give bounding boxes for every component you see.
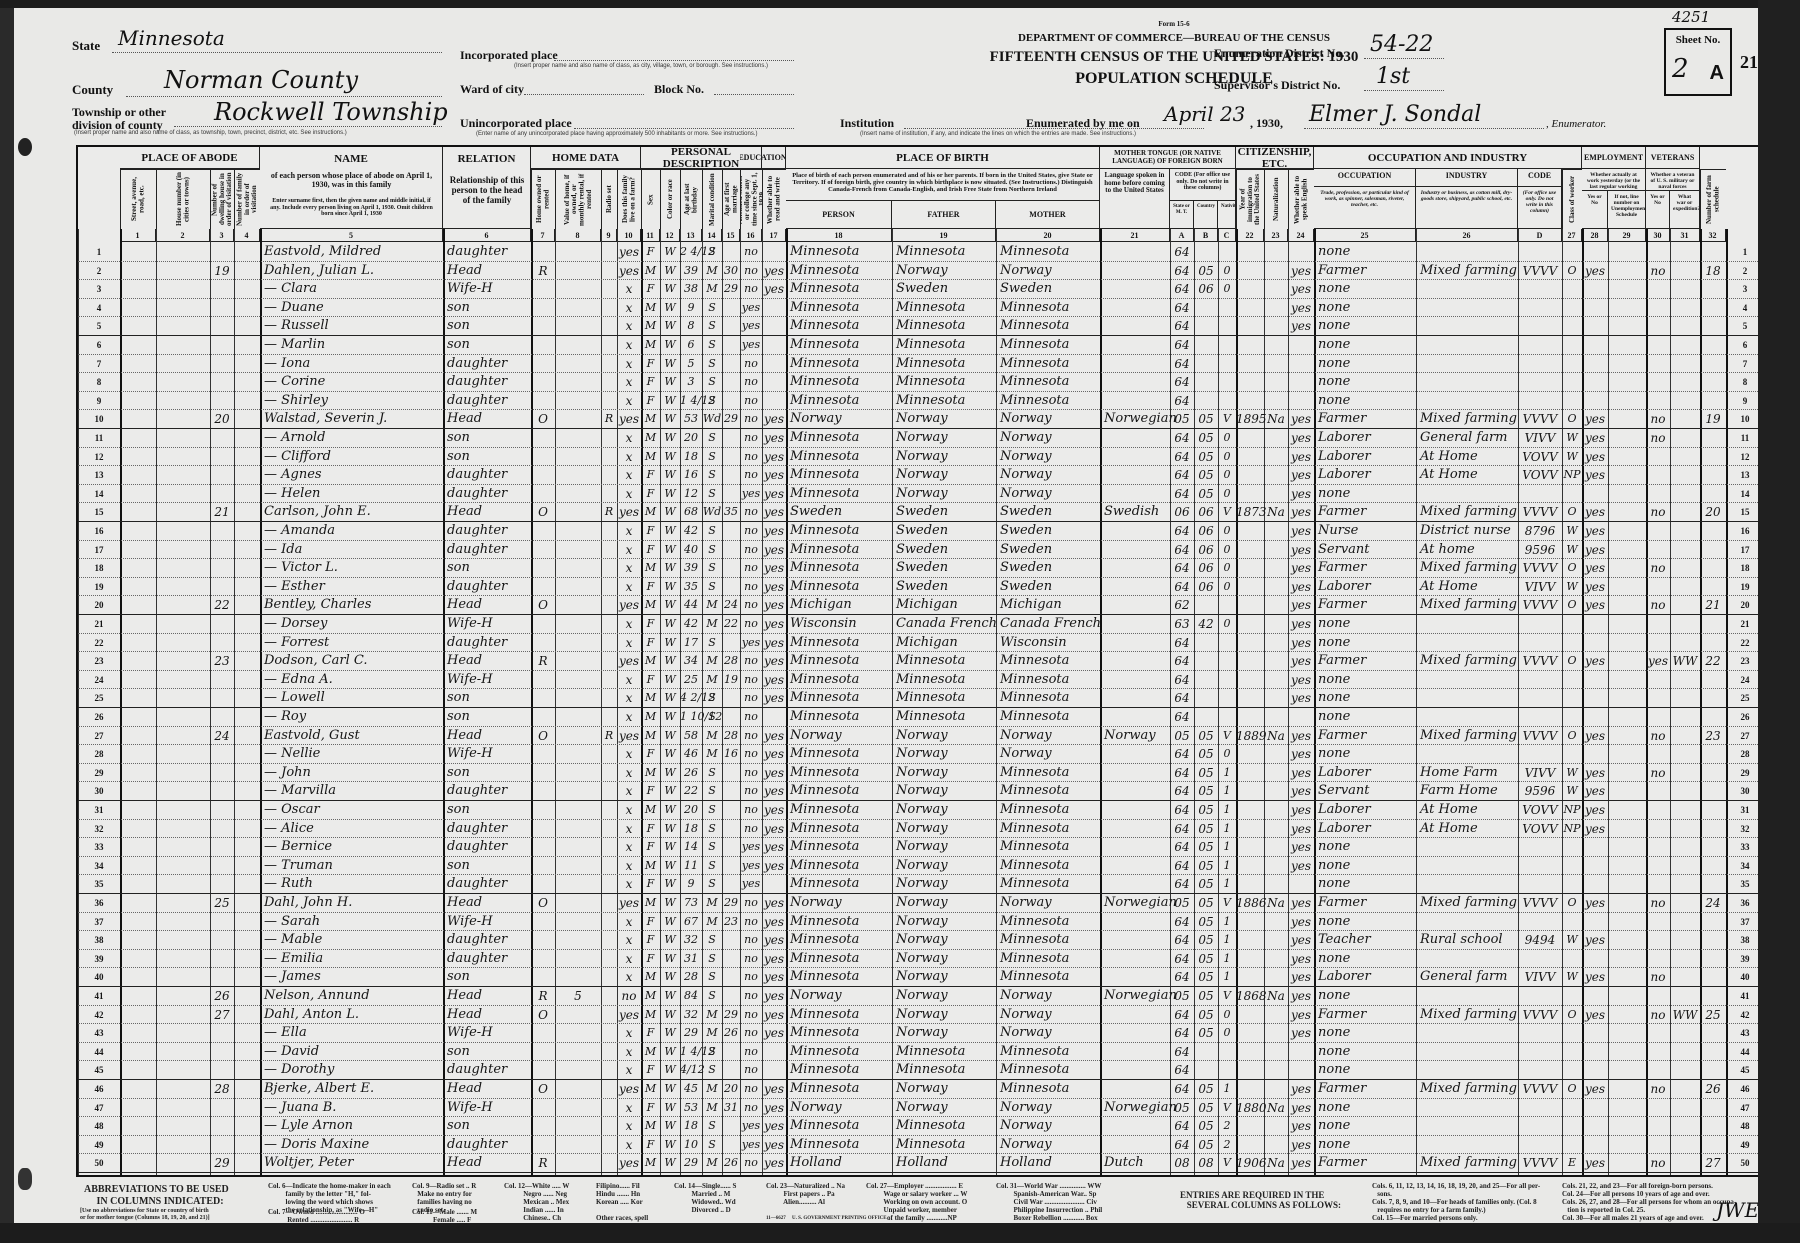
cell-farm: x — [617, 913, 641, 932]
cell-english: yes — [1288, 968, 1314, 987]
cell-race: W — [660, 1024, 680, 1043]
table-row[interactable]: 7— IonadaughterxFW5SnoMinnesotaMinnesota… — [78, 355, 1764, 374]
incorporated-place-label: Incorporated place — [460, 48, 558, 63]
binder-hole-icon — [18, 1168, 32, 1190]
cell-mother-pob: Minnesota — [996, 671, 1069, 690]
cell-owned: O — [531, 1006, 555, 1025]
column-number: 11 — [641, 229, 660, 242]
cell-age: 9 — [680, 299, 702, 318]
table-row[interactable]: 35— RuthdaughterxFW9SyesMinnesotaNorwayM… — [78, 875, 1764, 894]
table-row[interactable]: 24— Edna A.Wife-HxFW25M19noyesMinnesotaM… — [78, 671, 1764, 690]
township-label: Township or other division of county — [72, 106, 182, 132]
column-number: 3 — [210, 229, 234, 242]
printer-line: 11—6627 U. S. GOVERNMENT PRINTING OFFICE — [766, 1216, 887, 1222]
column-header-c7: Home owned or rented — [531, 169, 555, 229]
cell-age: 6 — [680, 336, 702, 355]
cell-occupation: Farmer — [1314, 727, 1366, 746]
cell-class: W — [1562, 968, 1582, 987]
cell-age: 3 — [680, 373, 702, 392]
cell-marital: S — [702, 708, 722, 727]
table-row[interactable]: 30— MarvilladaughterxFW22SnoyesMinnesota… — [78, 782, 1764, 801]
cell-codeA: 63 — [1170, 615, 1194, 634]
cell-race: W — [660, 801, 680, 820]
cell-relation: son — [443, 801, 470, 820]
cell-pob: Minnesota — [786, 801, 859, 820]
abbreviations-footer: ABBREVIATIONS TO BE USED IN COLUMNS INDI… — [76, 1180, 1766, 1228]
cell-school: no — [740, 448, 762, 467]
cell-farm: x — [617, 355, 641, 374]
cell-first-marr: 28 — [722, 727, 740, 746]
cell-mother-pob: Minnesota — [996, 968, 1069, 987]
cell-mother-pob: Minnesota — [996, 875, 1069, 894]
cell-sex: M — [641, 857, 660, 876]
table-row[interactable]: 1521Carlson, John E.HeadORyesMW68Wd35noy… — [78, 503, 1764, 522]
table-row[interactable]: 4227Dahl, Anton L.HeadOyesMW32M29noyesMi… — [78, 1006, 1764, 1025]
scan-right-edge — [1758, 0, 1800, 1243]
table-row[interactable]: 34— TrumansonxMW11SyesyesMinnesotaNorway… — [78, 857, 1764, 876]
cell-farm: x — [617, 801, 641, 820]
cell-school: no — [740, 243, 762, 262]
cell-codeA: 64 — [1170, 578, 1194, 597]
cell-age: 40 — [680, 541, 702, 560]
cell-dwelling: 24 — [210, 727, 234, 746]
table-row[interactable]: 25— LowellsonxMW4 2/12SnoyesMinnesotaMin… — [78, 689, 1764, 708]
cell-sex: F — [641, 931, 660, 950]
supervisor-district-value: 1st — [1376, 64, 1410, 89]
cell-marital: Wd — [702, 410, 722, 429]
cell-race: W — [660, 485, 680, 504]
cell-farm: x — [617, 615, 641, 634]
column-header-c2: House number (in cities or towns) — [156, 169, 210, 229]
cell-codeA: 64 — [1170, 838, 1194, 857]
cell-sex: M — [641, 894, 660, 913]
cell-name: — Agnes — [260, 466, 322, 485]
cell-farm: x — [617, 1024, 641, 1043]
cell-occupation: none — [1314, 913, 1350, 932]
cell-line: 13 — [78, 466, 120, 485]
cell-relation: daughter — [443, 1061, 507, 1080]
cell-age: 17 — [680, 634, 702, 653]
table-row[interactable]: 8— CorinedaughterxFW3SnoMinnesotaMinneso… — [78, 373, 1764, 392]
cell-read: yes — [762, 745, 786, 764]
cell-farm: x — [617, 1136, 641, 1155]
table-row[interactable]: 31— OscarsonxMW20SnoyesMinnesotaNorwayMi… — [78, 801, 1764, 820]
cell-first-marr: 29 — [722, 1006, 740, 1025]
cell-industry: Mixed farming — [1416, 596, 1517, 615]
cell-race: W — [660, 1061, 680, 1080]
cell-relation: son — [443, 1117, 470, 1136]
cell-father-pob: Norway — [892, 875, 948, 894]
cell-mother-pob: Norway — [996, 429, 1052, 448]
table-row[interactable]: 5029Woltjer, PeterHeadRyesMW29M26noyesHo… — [78, 1154, 1764, 1173]
cell-work: yes — [1582, 596, 1608, 615]
cell-name: — Helen — [260, 485, 320, 504]
cell-age: 38 — [680, 280, 702, 299]
enumerator-label: , Enumerator. — [1546, 118, 1606, 130]
cell-line: 33 — [78, 838, 120, 857]
cell-line: 42 — [78, 1006, 120, 1025]
cell-line: 49 — [78, 1136, 120, 1155]
table-row[interactable]: 48— Lyle ArnonsonxMW18SyesyesMinnesotaMi… — [78, 1117, 1764, 1136]
column-header-c21: Language spoken in home before coming to… — [1100, 169, 1170, 229]
table-row[interactable]: 38— MabledaughterxFW32SnoyesMinnesotaNor… — [78, 931, 1764, 950]
cell-read: yes — [762, 503, 786, 522]
cell-pob: Minnesota — [786, 745, 859, 764]
cell-codeA: 64 — [1170, 950, 1194, 969]
cell-father-pob: Norway — [892, 1024, 948, 1043]
cell-name: — Victor L. — [260, 559, 338, 578]
cell-read: yes — [762, 820, 786, 839]
cell-age: 4/12 — [680, 1061, 702, 1080]
cell-race: W — [660, 727, 680, 746]
cell-relation: Head — [443, 262, 482, 281]
cell-age: 20 — [680, 429, 702, 448]
cell-read: yes — [762, 262, 786, 281]
cell-farm: x — [617, 429, 641, 448]
table-row[interactable]: 32— AlicedaughterxFW18SnoyesMinnesotaNor… — [78, 820, 1764, 839]
column-number: 13 — [680, 229, 702, 242]
cell-codeD: VOVV — [1518, 466, 1562, 485]
cell-codeB: 05 — [1194, 448, 1218, 467]
table-row[interactable]: 49— Doris MaxinedaughterxFW10SyesyesMinn… — [78, 1136, 1764, 1155]
cell-name: Carlson, John E. — [260, 503, 371, 522]
table-row[interactable]: 4— DuanesonxMW9SyesMinnesotaMinnesotaMin… — [78, 299, 1764, 318]
cell-codeB: 05 — [1194, 968, 1218, 987]
cell-school: no — [740, 410, 762, 429]
table-row[interactable]: 2022Bentley, CharlesHeadOyesMW44M24noyes… — [78, 596, 1764, 615]
cell-codeC: 0 — [1218, 541, 1236, 560]
cell-work: yes — [1582, 466, 1608, 485]
cell-occupation: Farmer — [1314, 596, 1366, 615]
cell-pob: Norway — [786, 987, 842, 1006]
cell-read: yes — [762, 466, 786, 485]
table-row[interactable]: 33— BernicedaughterxFW14SyesyesMinnesota… — [78, 838, 1764, 857]
cell-tongue: Norwegian — [1100, 987, 1177, 1006]
cell-class: NP — [1562, 801, 1582, 820]
cell-mother-pob: Minnesota — [996, 317, 1069, 336]
block-label: Block No. — [654, 82, 704, 97]
cell-occupation: none — [1314, 634, 1350, 653]
cell-line: 28 — [78, 745, 120, 764]
cell-read: yes — [762, 1080, 786, 1099]
cell-work: yes — [1582, 727, 1608, 746]
table-row[interactable]: 44— DavidsonxMW1 4/12SnoMinnesotaMinneso… — [78, 1043, 1764, 1062]
cell-codeA: 64 — [1170, 634, 1194, 653]
cell-relation: daughter — [443, 875, 507, 894]
cell-mother-pob: Minnesota — [996, 689, 1069, 708]
cell-school: no — [740, 727, 762, 746]
cell-tongue: Norwegian — [1100, 1099, 1177, 1118]
table-row[interactable]: 21— DorseyWife-HxFW42M22noyesWisconsinCa… — [78, 615, 1764, 634]
cell-natur: Na — [1264, 1154, 1288, 1173]
cell-occupation: Laborer — [1314, 801, 1371, 820]
cell-codeD: VVVV — [1518, 410, 1562, 429]
cell-mother-pob: Sweden — [996, 522, 1052, 541]
cell-read: yes — [762, 1117, 786, 1136]
cell-school: no — [740, 1080, 762, 1099]
table-row[interactable]: 28— NellieWife-HxFW46M16noyesMinnesotaNo… — [78, 745, 1764, 764]
cell-age: 10 — [680, 1136, 702, 1155]
township-note: (Insert proper name and also name of cla… — [74, 130, 347, 136]
binder-hole-icon — [18, 138, 32, 156]
cell-occupation: Laborer — [1314, 429, 1371, 448]
cell-pob: Minnesota — [786, 1117, 859, 1136]
table-row[interactable]: 6— MarlinsonxMW6SyesMinnesotaMinnesotaMi… — [78, 336, 1764, 355]
cell-occupation: none — [1314, 689, 1350, 708]
cell-race: W — [660, 838, 680, 857]
cell-age: 18 — [680, 820, 702, 839]
cell-race: W — [660, 968, 680, 987]
table-row[interactable]: 1Eastvold, MildreddaughteryesFW2 4/12Sno… — [78, 243, 1764, 262]
cell-codeA: 06 — [1170, 503, 1194, 522]
table-row[interactable]: 5— RussellsonxMW8SyesMinnesotaMinnesotaM… — [78, 317, 1764, 336]
cell-first-marr: 22 — [722, 615, 740, 634]
cell-farm-sched: 19 — [1700, 410, 1726, 429]
cell-marital: M — [702, 615, 722, 634]
cell-line: 43 — [78, 1024, 120, 1043]
cell-codeC: 1 — [1218, 764, 1236, 783]
cell-work: yes — [1582, 503, 1608, 522]
cell-father-pob: Norway — [892, 987, 948, 1006]
cell-class: O — [1562, 727, 1582, 746]
cell-race: W — [660, 950, 680, 969]
table-row[interactable]: 3625Dahl, John H.HeadOyesMW73M29noyesNor… — [78, 894, 1764, 913]
cell-occupation: Farmer — [1314, 1080, 1366, 1099]
cell-sex: F — [641, 671, 660, 690]
cell-age: 4 2/12 — [680, 689, 702, 708]
cell-owned: R — [531, 652, 555, 671]
cell-codeB: 08 — [1194, 1154, 1218, 1173]
cell-class: O — [1562, 596, 1582, 615]
cell-father-pob: Sweden — [892, 541, 948, 560]
cell-name: — Alice — [260, 820, 314, 839]
cell-sex: M — [641, 410, 660, 429]
table-row[interactable]: 18— Victor L.sonxMW39SnoyesMinnesotaSwed… — [78, 559, 1764, 578]
cell-relation: Head — [443, 1080, 482, 1099]
cell-name: Eastvold, Mildred — [260, 243, 381, 262]
column-header-c19: FATHER — [892, 201, 996, 229]
table-row[interactable]: 39— EmiliadaughterxFW31SnoyesMinnesotaNo… — [78, 950, 1764, 969]
cell-father-pob: Minnesota — [892, 243, 965, 262]
cell-codeD: VVVV — [1518, 503, 1562, 522]
cell-pob: Norway — [786, 894, 842, 913]
cell-farm: x — [617, 559, 641, 578]
cell-pob: Minnesota — [786, 634, 859, 653]
cell-pob: Minnesota — [786, 1006, 859, 1025]
cell-sex: F — [641, 485, 660, 504]
cell-pob: Minnesota — [786, 782, 859, 801]
table-row[interactable]: 2724Eastvold, GustHeadORyesMW58M28noyesN… — [78, 727, 1764, 746]
cell-vet: no — [1646, 727, 1670, 746]
cell-first-marr: 35 — [722, 503, 740, 522]
cell-mother-pob: Minnesota — [996, 373, 1069, 392]
cell-farm: x — [617, 336, 641, 355]
cell-marital: S — [702, 243, 722, 262]
cell-marital: M — [702, 913, 722, 932]
group-education: EDUCATION — [740, 147, 786, 169]
cell-age: 73 — [680, 894, 702, 913]
cell-industry: General farm — [1416, 968, 1508, 987]
table-row[interactable]: 43— EllaWife-HxFW29M26noyesMinnesotaNorw… — [78, 1024, 1764, 1043]
cell-codeB: 05 — [1194, 913, 1218, 932]
cell-sex: M — [641, 764, 660, 783]
cell-relation: Wife-H — [443, 1024, 493, 1043]
cell-class: O — [1562, 1080, 1582, 1099]
cell-marital: S — [702, 1061, 722, 1080]
column-header-c1: Street, avenue, road, etc. — [120, 169, 156, 229]
table-row[interactable]: 17— IdadaughterxFW40SnoyesMinnesotaSwede… — [78, 541, 1764, 560]
table-row[interactable]: 4628Bjerke, Albert E.HeadOyesMW45M20noye… — [78, 1080, 1764, 1099]
table-row[interactable]: 3— ClaraWife-HxFW38M29noyesMinnesotaSwed… — [78, 280, 1764, 299]
cell-farm: x — [617, 466, 641, 485]
cell-line: 4 — [78, 299, 120, 318]
cell-class: O — [1562, 1006, 1582, 1025]
cell-codeC: V — [1218, 410, 1236, 429]
schedule-title: POPULATION SCHEDULE — [894, 70, 1454, 88]
cell-age: 1 4/12 — [680, 392, 702, 411]
cell-dwelling: 25 — [210, 894, 234, 913]
table-row[interactable]: 14— HelendaughterxFW12SyesyesMinnesotaNo… — [78, 485, 1764, 504]
cell-codeA: 08 — [1170, 1154, 1194, 1173]
cell-codeA: 64 — [1170, 968, 1194, 987]
table-row[interactable]: 40— JamessonxMW28SnoyesMinnesotaNorwayMi… — [78, 968, 1764, 987]
table-row[interactable]: 45— DorothydaughterxFW4/12SnoMinnesotaMi… — [78, 1061, 1764, 1080]
cell-codeA: 64 — [1170, 1061, 1194, 1080]
cell-mother-pob: Minnesota — [996, 355, 1069, 374]
cell-occupation: Nurse — [1314, 522, 1358, 541]
cell-mother-pob: Minnesota — [996, 857, 1069, 876]
cell-farm: x — [617, 317, 641, 336]
table-row[interactable]: 19— EstherdaughterxFW35SnoyesMinnesotaSw… — [78, 578, 1764, 597]
cell-line: 30 — [78, 782, 120, 801]
cell-age: 22 — [680, 782, 702, 801]
group-citizenship: CITIZENSHIP, ETC. — [1236, 147, 1314, 169]
cell-codeD: VOVV — [1518, 801, 1562, 820]
cell-age: 1 4/12 — [680, 1043, 702, 1062]
cell-class: O — [1562, 410, 1582, 429]
cell-industry: Home Farm — [1416, 764, 1498, 783]
table-row[interactable]: 26— RoysonxMW1 10/12SnoMinnesotaMinnesot… — [78, 708, 1764, 727]
cell-race: W — [660, 615, 680, 634]
column-header-c32: Number of farm schedule — [1700, 169, 1726, 229]
cell-mother-pob: Minnesota — [996, 801, 1069, 820]
cell-english: yes — [1288, 410, 1314, 429]
cell-relation: daughter — [443, 634, 507, 653]
cell-english: yes — [1288, 727, 1314, 746]
cell-read: yes — [762, 448, 786, 467]
column-header-cB: Country — [1194, 201, 1218, 229]
cell-class: W — [1562, 541, 1582, 560]
cell-father-pob: Norway — [892, 857, 948, 876]
column-number: 19 — [892, 229, 996, 242]
table-row[interactable]: 9— ShirleydaughterxFW1 4/12SnoMinnesotaM… — [78, 392, 1764, 411]
cell-first-marr: 29 — [722, 894, 740, 913]
cell-codeA: 64 — [1170, 820, 1194, 839]
cell-race: W — [660, 1043, 680, 1062]
cell-codeC: 0 — [1218, 448, 1236, 467]
cell-name: — Dorsey — [260, 615, 327, 634]
cell-english: yes — [1288, 652, 1314, 671]
cell-school: no — [740, 987, 762, 1006]
cell-name: Nelson, Annund — [260, 987, 370, 1006]
industry-code-title: CODE — [1518, 169, 1562, 187]
cell-read: yes — [762, 782, 786, 801]
cell-sex: F — [641, 243, 660, 262]
cell-relation: son — [443, 429, 470, 448]
table-row[interactable]: 16— AmandadaughterxFW42SnoyesMinnesotaSw… — [78, 522, 1764, 541]
cell-work: yes — [1582, 801, 1608, 820]
cell-english: yes — [1288, 634, 1314, 653]
table-row[interactable]: 47— Juana B.Wife-HxFW53M31noyesNorwayNor… — [78, 1099, 1764, 1118]
cell-line: 25 — [78, 689, 120, 708]
cell-school: no — [740, 578, 762, 597]
cell-line: 24 — [78, 671, 120, 690]
cell-marital: S — [702, 782, 722, 801]
table-row[interactable]: 13— AgnesdaughterxFW16SnoyesMinnesotaNor… — [78, 466, 1764, 485]
cell-sex: F — [641, 578, 660, 597]
table-row[interactable]: 2323Dodson, Carl C.HeadRyesMW34M28noyesM… — [78, 652, 1764, 671]
table-row[interactable]: 29— JohnsonxMW26SnoyesMinnesotaNorwayMin… — [78, 764, 1764, 783]
cell-relation: daughter — [443, 522, 507, 541]
cell-farm: x — [617, 299, 641, 318]
cell-marital: S — [702, 485, 722, 504]
cell-farm: yes — [617, 727, 641, 746]
cell-codeD: 9596 — [1518, 541, 1562, 560]
cell-relation: daughter — [443, 578, 507, 597]
veterans-description: Whether a veteran of U. S. military or n… — [1646, 169, 1700, 191]
table-row[interactable]: 1020Walstad, Severin J.HeadORyesMW53Wd29… — [78, 410, 1764, 429]
cell-codeA: 64 — [1170, 1024, 1194, 1043]
table-row[interactable]: 22— ForrestdaughterxFW17SyesyesMinnesota… — [78, 634, 1764, 653]
cell-work: yes — [1582, 578, 1608, 597]
cell-line: 38 — [78, 931, 120, 950]
cell-name: — Clara — [260, 280, 317, 299]
cell-marital: S — [702, 355, 722, 374]
cell-school: yes — [740, 317, 762, 336]
cell-school: no — [740, 466, 762, 485]
cell-sex: F — [641, 1024, 660, 1043]
column-number: A — [1170, 229, 1194, 242]
cell-read: yes — [762, 578, 786, 597]
cell-marital: S — [702, 689, 722, 708]
cell-english: yes — [1288, 801, 1314, 820]
cell-father-pob: Minnesota — [892, 392, 965, 411]
table-row[interactable]: 4126Nelson, AnnundHeadR5noMW84SnoyesNorw… — [78, 987, 1764, 1006]
cell-english: yes — [1288, 448, 1314, 467]
group-veterans: VETERANS — [1646, 147, 1700, 169]
cell-age: 14 — [680, 838, 702, 857]
cell-class: O — [1562, 559, 1582, 578]
cell-codeB: 05 — [1194, 1099, 1218, 1118]
column-header-c29: If not, line number on Unemployment Sche… — [1608, 191, 1646, 229]
cell-class: E — [1562, 1154, 1582, 1173]
cell-codeA: 64 — [1170, 1080, 1194, 1099]
table-row[interactable]: 37— SarahWife-HxFW67M23noyesMinnesotaNor… — [78, 913, 1764, 932]
table-row[interactable]: 219Dahlen, Julian L.HeadRyesMW39M30noyes… — [78, 262, 1764, 281]
cell-codeA: 64 — [1170, 689, 1194, 708]
table-row[interactable]: 11— ArnoldsonxMW20SnoyesMinnesotaNorwayN… — [78, 429, 1764, 448]
cell-codeB: 05 — [1194, 820, 1218, 839]
cell-sex: M — [641, 1006, 660, 1025]
cell-father-pob: Norway — [892, 801, 948, 820]
cell-mother-pob: Minnesota — [996, 1043, 1069, 1062]
cell-work: yes — [1582, 764, 1608, 783]
cell-pob: Minnesota — [786, 1136, 859, 1155]
cell-father-pob: Sweden — [892, 578, 948, 597]
cell-school: no — [740, 1099, 762, 1118]
cell-radio: R — [601, 503, 617, 522]
table-row[interactable]: 12— CliffordsonxMW18SnoyesMinnesotaNorwa… — [78, 448, 1764, 467]
